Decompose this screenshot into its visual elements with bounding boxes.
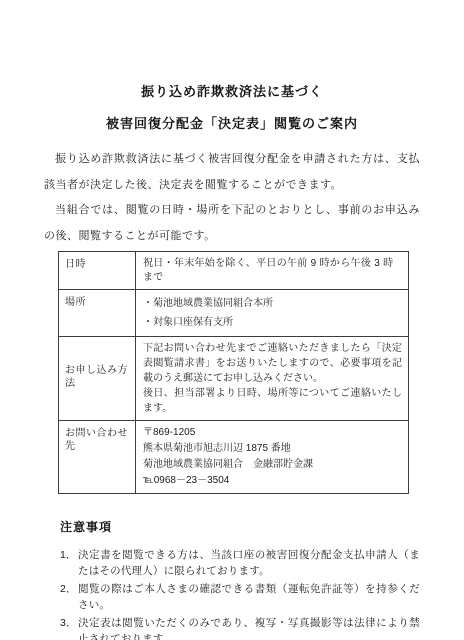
table-row-contact: お問い合わせ先 〒869-1205 熊本県菊池市旭志川辺 1875 番地 菊池地…: [59, 421, 409, 494]
note-text-2: 閲覧の際はご本人さまの確認できる書類（運転免許証等）を持参ください。: [78, 582, 420, 613]
note-number-1: 1．: [60, 548, 78, 579]
contact-phone: ℡0968－23－3504: [143, 473, 402, 489]
notes-section: 注意事項 1． 決定書を閲覧できる方は、当該口座の被害回復分配金支払申請人（また…: [60, 518, 420, 640]
table-row-place: 場所 ・菊池地域農業協同組合本所 ・対象口座保有支所: [59, 290, 409, 337]
table-row-apply-method: お申し込み方法 下記お問い合わせ先までご連絡いただきましたら「決定表閲覧請求書」…: [59, 337, 409, 421]
document-title: 振り込め詐欺救済法に基づく 被害回復分配金「決定表」閲覧のご案内: [44, 85, 420, 131]
apply-method-paragraph-2: 後日、担当部署より日時、場所等についてご連絡いたします。: [143, 386, 402, 416]
row-label-place: 場所: [59, 290, 136, 337]
viewing-info-table: 日時 祝日・年末年始を除く、平日の午前 9 時から午後 3 時まで 場所 ・菊池…: [58, 251, 409, 494]
note-item-1: 1． 決定書を閲覧できる方は、当該口座の被害回復分配金支払申請人（またはその代理…: [60, 548, 420, 579]
contact-organization: 菊池地域農業協同組合 金融部貯金課: [143, 457, 402, 473]
title-line-1: 振り込め詐欺救済法に基づく: [44, 85, 420, 99]
note-number-3: 3．: [60, 616, 78, 640]
note-item-2: 2． 閲覧の際はご本人さまの確認できる書類（運転免許証等）を持参ください。: [60, 582, 420, 613]
intro-paragraph-1: 振り込め詐欺救済法に基づく被害回復分配金を申請された方は、支払該当者が決定した後…: [44, 147, 420, 198]
intro-paragraph-2: 当組合では、閲覧の日時・場所を下記のとおりとし、事前のお申込みの後、閲覧すること…: [44, 198, 420, 249]
contact-address: 熊本県菊池市旭志川辺 1875 番地: [143, 441, 402, 457]
title-line-2: 被害回復分配金「決定表」閲覧のご案内: [44, 117, 420, 131]
row-label-datetime: 日時: [59, 252, 136, 290]
note-text-1: 決定書を閲覧できる方は、当該口座の被害回復分配金支払申請人（またはその代理人）に…: [78, 548, 420, 579]
note-item-3: 3． 決定表は閲覧いただくのみであり、複写・写真撮影等は法律により禁止されており…: [60, 616, 420, 640]
row-value-datetime: 祝日・年末年始を除く、平日の午前 9 時から午後 3 時まで: [136, 252, 409, 290]
row-value-place: ・菊池地域農業協同組合本所 ・対象口座保有支所: [136, 290, 409, 337]
table-row-datetime: 日時 祝日・年末年始を除く、平日の午前 9 時から午後 3 時まで: [59, 252, 409, 290]
place-line-head-office: ・菊池地域農業協同組合本所: [143, 294, 402, 313]
place-line-branch: ・対象口座保有支所: [143, 313, 402, 332]
row-value-contact: 〒869-1205 熊本県菊池市旭志川辺 1875 番地 菊池地域農業協同組合 …: [136, 421, 409, 494]
notes-heading: 注意事項: [60, 518, 420, 535]
contact-postal-code: 〒869-1205: [143, 425, 402, 441]
row-label-contact: お問い合わせ先: [59, 421, 136, 494]
row-label-apply-method: お申し込み方法: [59, 337, 136, 421]
intro-section: 振り込め詐欺救済法に基づく被害回復分配金を申請された方は、支払該当者が決定した後…: [44, 147, 420, 249]
note-text-3: 決定表は閲覧いただくのみであり、複写・写真撮影等は法律により禁止されております。: [78, 616, 420, 640]
row-value-apply-method: 下記お問い合わせ先までご連絡いただきましたら「決定表閲覧請求書」をお送りいたしま…: [136, 337, 409, 421]
apply-method-paragraph-1: 下記お問い合わせ先までご連絡いただきましたら「決定表閲覧請求書」をお送りいたしま…: [143, 341, 402, 386]
document-page: 振り込め詐欺救済法に基づく 被害回復分配金「決定表」閲覧のご案内 振り込め詐欺救…: [0, 0, 464, 640]
note-number-2: 2．: [60, 582, 78, 613]
